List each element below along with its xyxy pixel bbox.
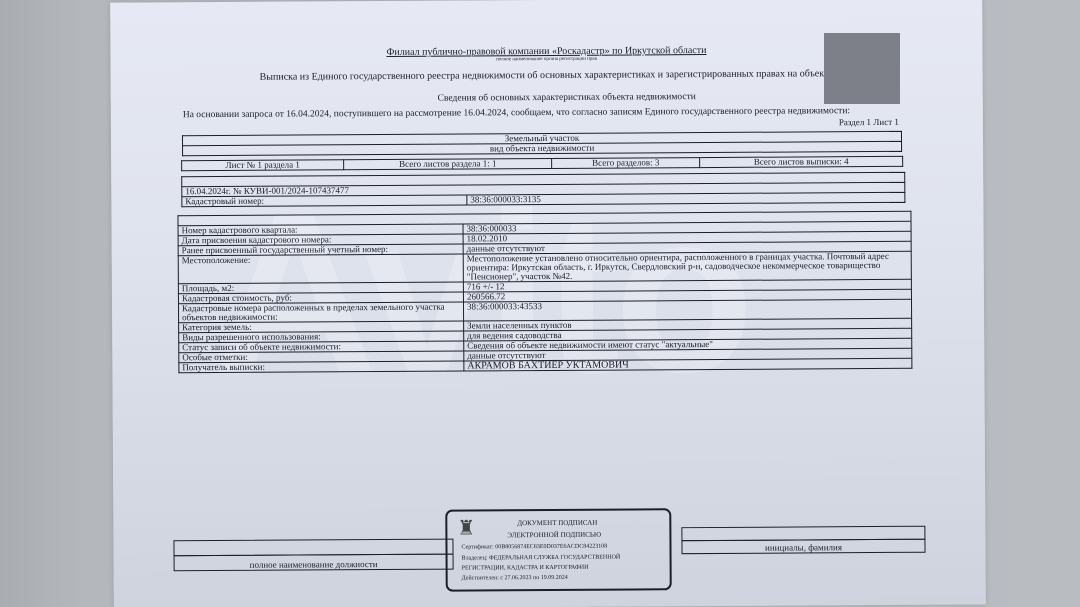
electronic-signature-stamp: ♜ ДОКУМЕНТ ПОДПИСАН ЭЛЕКТРОННОЙ ПОДПИСЬЮ… [445, 508, 671, 591]
table-row: Местоположение:Местоположение установлен… [178, 251, 911, 283]
sheets-total: Всего листов выписки: 4 [700, 156, 903, 167]
sheets-in-section: Всего листов раздела 1: 1 [344, 158, 552, 169]
request-table: 16.04.2024г. № КУВИ-001/2024-107437477 К… [181, 172, 905, 207]
object-type-table: Земельный участок вид объекта недвижимос… [182, 131, 902, 156]
stamp-owner-2: РЕГИСТРАЦИИ, КАДАСТРА И КАРТОГРАФИИ [462, 565, 589, 572]
stamp-owner-1: Владелец: ФЕДЕРАЛЬНАЯ СЛУЖБА ГОСУДАРСТВЕ… [462, 555, 621, 562]
characteristics-table: Номер кадастрового квартала:38:36:000033… [177, 211, 912, 373]
row-value: АКРАМОВ БАХТИЁР УКТАМОВИЧ [464, 358, 912, 371]
row-label: Получатель выписки: [179, 361, 464, 373]
row-label: Местоположение: [178, 254, 463, 284]
coat-of-arms-icon: ♜ [457, 515, 475, 540]
section-sheet: Раздел 1 Лист 1 [839, 117, 899, 127]
sheet-info-table: Лист № 1 раздела 1 Всего листов раздела … [181, 156, 903, 171]
stamp-line-1: ДОКУМЕНТ ПОДПИСАН [517, 519, 597, 527]
cadastral-number-value: 38:36:000033:3135 [467, 192, 905, 205]
row-label: Кадастровые номера расположенных в преде… [178, 302, 463, 323]
position-caption: полное наименование должности [174, 554, 454, 572]
stamp-certificate: Сертификат: 00B8056874EC83E0D037E6ACDC84… [461, 544, 607, 551]
sheet-number: Лист № 1 раздела 1 [182, 160, 344, 171]
redacted-qr-area [824, 33, 900, 104]
stamp-line-2: ЭЛЕКТРОННОЙ ПОДПИСЬЮ [507, 531, 601, 540]
stamp-validity: Действителен: с 27.06.2023 по 19.09.2024 [462, 575, 568, 582]
name-caption: инициалы, фамилия [681, 539, 925, 554]
row-value: Местоположение установлено относительно … [463, 251, 911, 282]
sections-total: Всего разделов: 3 [552, 158, 700, 169]
cadastral-number-label: Кадастровый номер: [182, 195, 467, 207]
